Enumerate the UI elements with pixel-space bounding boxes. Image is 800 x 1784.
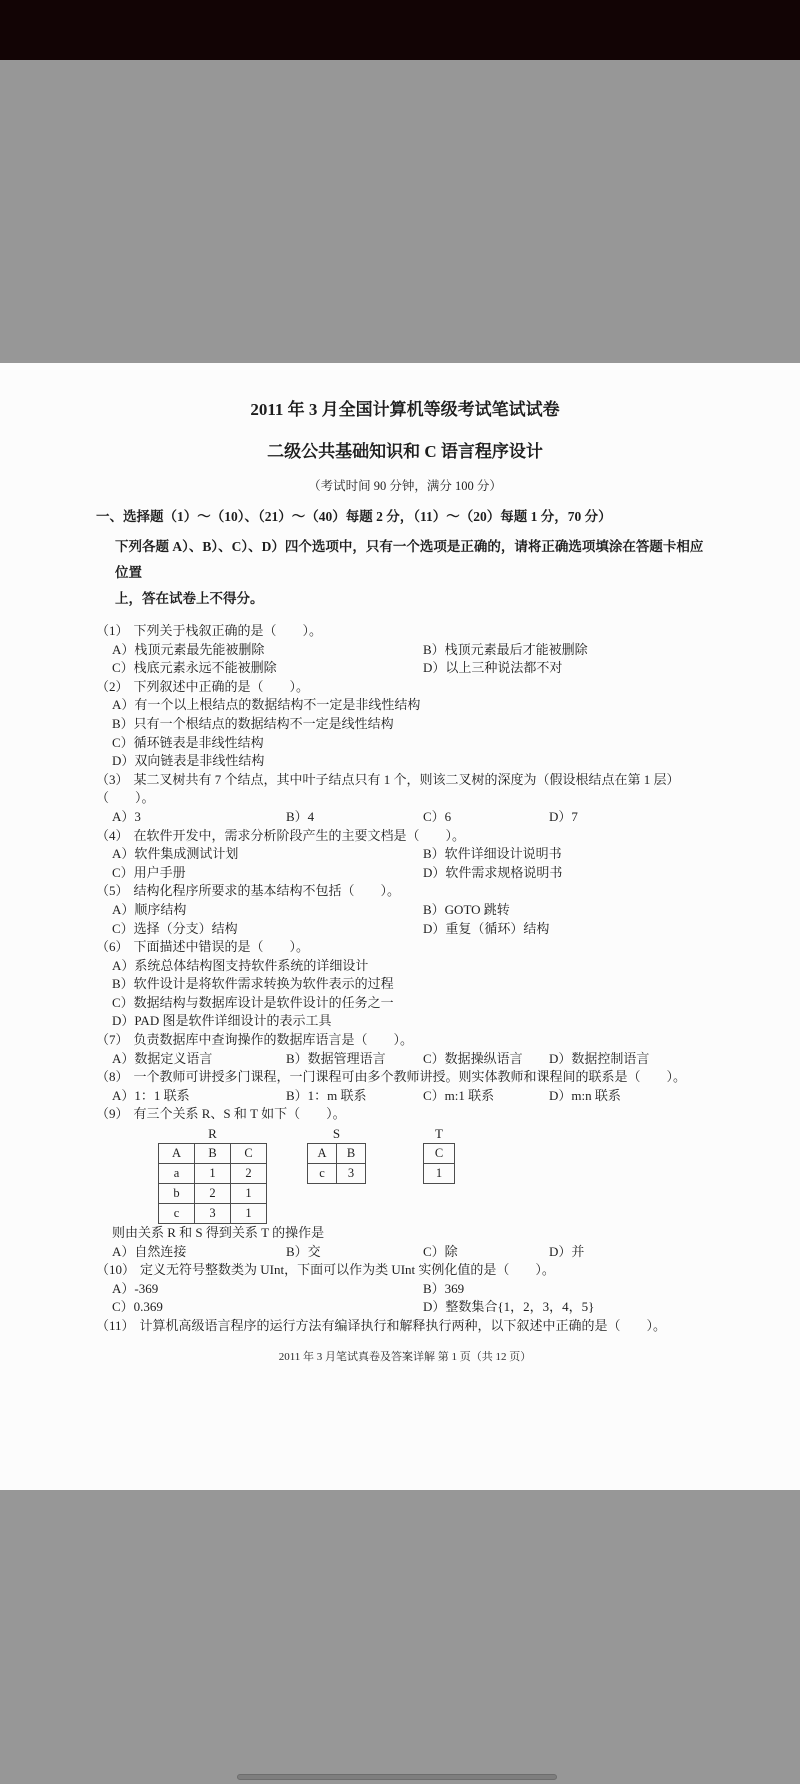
status-bar <box>0 0 800 60</box>
option: B）软件详细设计说明书 <box>423 845 562 864</box>
question-7: （7）负责数据库中查询操作的数据库语言是（ ）。 A）数据定义语言 B）数据管理… <box>96 1031 714 1068</box>
question-1: （1）下列关于栈叙正确的是（ ）。 A）栈顶元素最先能被删除 B）栈顶元素最后才… <box>96 622 714 678</box>
question-stem: （6）下面描述中错误的是（ ）。 <box>96 938 714 957</box>
table-header-cell: A <box>159 1144 195 1164</box>
section-heading: 一、选择题（1）～（10）、（21）～（40）每题 2 分，（11）～（20）每… <box>96 507 714 526</box>
table-cell: 1 <box>231 1204 267 1224</box>
table-cell: 1 <box>231 1184 267 1204</box>
option: B）1：m 联系 <box>286 1087 423 1106</box>
question-text: 定义无符号整数类为 UInt，下面可以作为类 UInt 实例化值的是（ ）。 <box>140 1262 555 1277</box>
question-number: （7） <box>96 1032 129 1047</box>
question-number: （6） <box>96 939 129 954</box>
question-number: （2） <box>96 679 129 694</box>
question-stem: （8）一个教师可讲授多门课程，一门课程可由多个教师讲授。则实体教师和课程间的联系… <box>96 1068 714 1087</box>
phone-screen: 2011 年 3 月全国计算机等级考试笔试试卷 二级公共基础知识和 C 语言程序… <box>0 0 800 1784</box>
question-10: （10）定义无符号整数类为 UInt，下面可以作为类 UInt 实例化值的是（ … <box>96 1261 714 1317</box>
table-cell: b <box>159 1184 195 1204</box>
page-subtitle: 二级公共基础知识和 C 语言程序设计 <box>96 441 714 463</box>
table-cell: 3 <box>337 1164 366 1184</box>
relation-table-r: R A B C a 1 2 <box>158 1126 267 1224</box>
option-row: C）选择（分支）结构 D）重复（循环）结构 <box>96 920 714 939</box>
question-text: 下列关于栈叙正确的是（ ）。 <box>134 623 323 638</box>
option-row: A）自然连接 B）交 C）除 D）并 <box>96 1243 714 1262</box>
option: D）PAD 图是软件详细设计的表示工具 <box>96 1012 714 1031</box>
option: A）-369 <box>112 1280 423 1299</box>
question-text: 有三个关系 R、S 和 T 如下（ ）。 <box>134 1106 346 1121</box>
table-cell: 2 <box>231 1164 267 1184</box>
option: A）系统总体结构图支持软件系统的详细设计 <box>96 957 714 976</box>
option-row: A）软件集成测试计划 B）软件详细设计说明书 <box>96 845 714 864</box>
option: D）整数集合{1，2，3，4，5} <box>423 1298 594 1317</box>
table-cell: c <box>159 1204 195 1224</box>
exam-page[interactable]: 2011 年 3 月全国计算机等级考试笔试试卷 二级公共基础知识和 C 语言程序… <box>0 363 800 1490</box>
question-text: 计算机高级语言程序的运行方法有编译执行和解释执行两种，以下叙述中正确的是（ ）。 <box>140 1318 667 1333</box>
question-stem: （2）下列叙述中正确的是（ ）。 <box>96 678 714 697</box>
option: D）并 <box>549 1243 584 1262</box>
table-cell: 3 <box>195 1204 231 1224</box>
option: B）数据管理语言 <box>286 1050 423 1069</box>
question-2: （2）下列叙述中正确的是（ ）。 A）有一个以上根结点的数据结构不一定是非线性结… <box>96 678 714 771</box>
table-header-cell: B <box>195 1144 231 1164</box>
table-cell: a <box>159 1164 195 1184</box>
table-header-cell: B <box>337 1144 366 1164</box>
question-3: （3）某二叉树共有 7 个结点，其中叶子结点只有 1 个，则该二叉树的深度为（假… <box>96 771 714 827</box>
option: B）369 <box>423 1280 464 1299</box>
option: A）有一个以上根结点的数据结构不一定是非线性结构 <box>96 696 714 715</box>
option: B）只有一个根结点的数据结构不一定是线性结构 <box>96 715 714 734</box>
question-number: （1） <box>96 623 129 638</box>
option: C）栈底元素永远不能被删除 <box>112 659 423 678</box>
option: D）软件需求规格说明书 <box>423 864 562 883</box>
table-header-cell: A <box>308 1144 337 1164</box>
option-row: A）数据定义语言 B）数据管理语言 C）数据操纵语言 D）数据控制语言 <box>96 1050 714 1069</box>
question-11: （11）计算机高级语言程序的运行方法有编译执行和解释执行两种，以下叙述中正确的是… <box>96 1317 714 1336</box>
question-number: （3） <box>96 772 129 787</box>
table-label: T <box>423 1126 455 1141</box>
option: D）以上三种说法都不对 <box>423 659 562 678</box>
option: A）软件集成测试计划 <box>112 845 423 864</box>
table-label: S <box>307 1126 366 1141</box>
table-header-cell: C <box>231 1144 267 1164</box>
relation-table-t: T C 1 <box>423 1126 455 1184</box>
option: B）软件设计是将软件需求转换为软件表示的过程 <box>96 975 714 994</box>
question-text: 负责数据库中查询操作的数据库语言是（ ）。 <box>134 1032 414 1047</box>
question-stem: （3）某二叉树共有 7 个结点，其中叶子结点只有 1 个，则该二叉树的深度为（假… <box>96 771 714 808</box>
question-stem: （4）在软件开发中，需求分析阶段产生的主要文档是（ ）。 <box>96 827 714 846</box>
table-label: R <box>158 1126 267 1141</box>
question-stem: （10）定义无符号整数类为 UInt，下面可以作为类 UInt 实例化值的是（ … <box>96 1261 714 1280</box>
table-cell: c <box>308 1164 337 1184</box>
option: D）m:n 联系 <box>549 1087 621 1106</box>
option-row: A）栈顶元素最先能被删除 B）栈顶元素最后才能被删除 <box>96 641 714 660</box>
table-cell: 2 <box>195 1184 231 1204</box>
home-indicator[interactable] <box>237 1774 557 1780</box>
question-stem: （1）下列关于栈叙正确的是（ ）。 <box>96 622 714 641</box>
question-stem: （9）有三个关系 R、S 和 T 如下（ ）。 <box>96 1105 714 1124</box>
question-number: （4） <box>96 828 129 843</box>
option: A）栈顶元素最先能被删除 <box>112 641 423 660</box>
page-footer: 2011 年 3 月笔试真卷及答案详解 第 1 页（共 12 页） <box>96 1349 714 1365</box>
option: A）自然连接 <box>112 1243 286 1262</box>
option: A）3 <box>112 808 286 827</box>
question-stem: （11）计算机高级语言程序的运行方法有编译执行和解释执行两种，以下叙述中正确的是… <box>96 1317 714 1336</box>
table-cell: 1 <box>195 1164 231 1184</box>
option: C）数据操纵语言 <box>423 1050 549 1069</box>
option: D）数据控制语言 <box>549 1050 649 1069</box>
question-text: 下面描述中错误的是（ ）。 <box>134 939 310 954</box>
option-row: A）1：1 联系 B）1：m 联系 C）m:1 联系 D）m:n 联系 <box>96 1087 714 1106</box>
option: C）6 <box>423 808 549 827</box>
option: D）7 <box>549 808 578 827</box>
question-text: 结构化程序所要求的基本结构不包括（ ）。 <box>134 883 401 898</box>
option: D）双向链表是非线性结构 <box>96 752 714 771</box>
question-text: 一个教师可讲授多门课程，一门课程可由多个教师讲授。则实体教师和课程间的联系是（ … <box>134 1069 687 1084</box>
question-6: （6）下面描述中错误的是（ ）。 A）系统总体结构图支持软件系统的详细设计 B）… <box>96 938 714 1031</box>
option: C）选择（分支）结构 <box>112 920 423 939</box>
question-stem: （7）负责数据库中查询操作的数据库语言是（ ）。 <box>96 1031 714 1050</box>
question-4: （4）在软件开发中，需求分析阶段产生的主要文档是（ ）。 A）软件集成测试计划 … <box>96 827 714 883</box>
option-row: C）用户手册 D）软件需求规格说明书 <box>96 864 714 883</box>
option-row: C）栈底元素永远不能被删除 D）以上三种说法都不对 <box>96 659 714 678</box>
option: A）顺序结构 <box>112 901 423 920</box>
page-title: 2011 年 3 月全国计算机等级考试笔试试卷 <box>96 399 714 421</box>
option: B）交 <box>286 1243 423 1262</box>
option: C）0.369 <box>112 1298 423 1317</box>
option: C）除 <box>423 1243 549 1262</box>
question-list: （1）下列关于栈叙正确的是（ ）。 A）栈顶元素最先能被删除 B）栈顶元素最后才… <box>96 622 714 1336</box>
question-number: （5） <box>96 883 129 898</box>
option: D）重复（循环）结构 <box>423 920 549 939</box>
exam-info: （考试时间 90 分钟，满分 100 分） <box>96 477 714 495</box>
question-subtext: 则由关系 R 和 S 得到关系 T 的操作是 <box>96 1224 714 1243</box>
option: B）4 <box>286 808 423 827</box>
option: B）GOTO 跳转 <box>423 901 510 920</box>
relation-tables: R A B C a 1 2 <box>96 1126 714 1224</box>
question-9: （9）有三个关系 R、S 和 T 如下（ ）。 R A B C <box>96 1105 714 1261</box>
option: C）m:1 联系 <box>423 1087 549 1106</box>
question-5: （5）结构化程序所要求的基本结构不包括（ ）。 A）顺序结构 B）GOTO 跳转… <box>96 882 714 938</box>
question-number: （11） <box>96 1318 135 1333</box>
instructions: 下列各题 A）、B）、C）、D）四个选项中，只有一个选项是正确的，请将正确选项填… <box>96 534 714 612</box>
question-number: （10） <box>96 1262 135 1277</box>
question-number: （8） <box>96 1069 129 1084</box>
page-content: 2011 年 3 月全国计算机等级考试笔试试卷 二级公共基础知识和 C 语言程序… <box>0 399 800 1365</box>
instruction-line: 上，答在试卷上不得分。 <box>96 586 714 612</box>
question-number: （9） <box>96 1106 129 1121</box>
table-cell: 1 <box>424 1164 455 1184</box>
option-row: A）3 B）4 C）6 D）7 <box>96 808 714 827</box>
option: A）数据定义语言 <box>112 1050 286 1069</box>
relation-table-s: S A B c 3 <box>307 1126 366 1184</box>
question-text: 某二叉树共有 7 个结点，其中叶子结点只有 1 个，则该二叉树的深度为（假设根结… <box>96 772 680 806</box>
option-row: A）-369 B）369 <box>96 1280 714 1299</box>
option: C）用户手册 <box>112 864 423 883</box>
question-text: 下列叙述中正确的是（ ）。 <box>134 679 310 694</box>
table-header-cell: C <box>424 1144 455 1164</box>
option-row: A）顺序结构 B）GOTO 跳转 <box>96 901 714 920</box>
option: B）栈顶元素最后才能被删除 <box>423 641 588 660</box>
question-8: （8）一个教师可讲授多门课程，一门课程可由多个教师讲授。则实体教师和课程间的联系… <box>96 1068 714 1105</box>
option: A）1：1 联系 <box>112 1087 286 1106</box>
option: C）数据结构与数据库设计是软件设计的任务之一 <box>96 994 714 1013</box>
option-row: C）0.369 D）整数集合{1，2，3，4，5} <box>96 1298 714 1317</box>
question-text: 在软件开发中，需求分析阶段产生的主要文档是（ ）。 <box>134 828 466 843</box>
question-stem: （5）结构化程序所要求的基本结构不包括（ ）。 <box>96 882 714 901</box>
option: C）循环链表是非线性结构 <box>96 734 714 753</box>
instruction-line: 下列各题 A）、B）、C）、D）四个选项中，只有一个选项是正确的，请将正确选项填… <box>96 534 714 586</box>
